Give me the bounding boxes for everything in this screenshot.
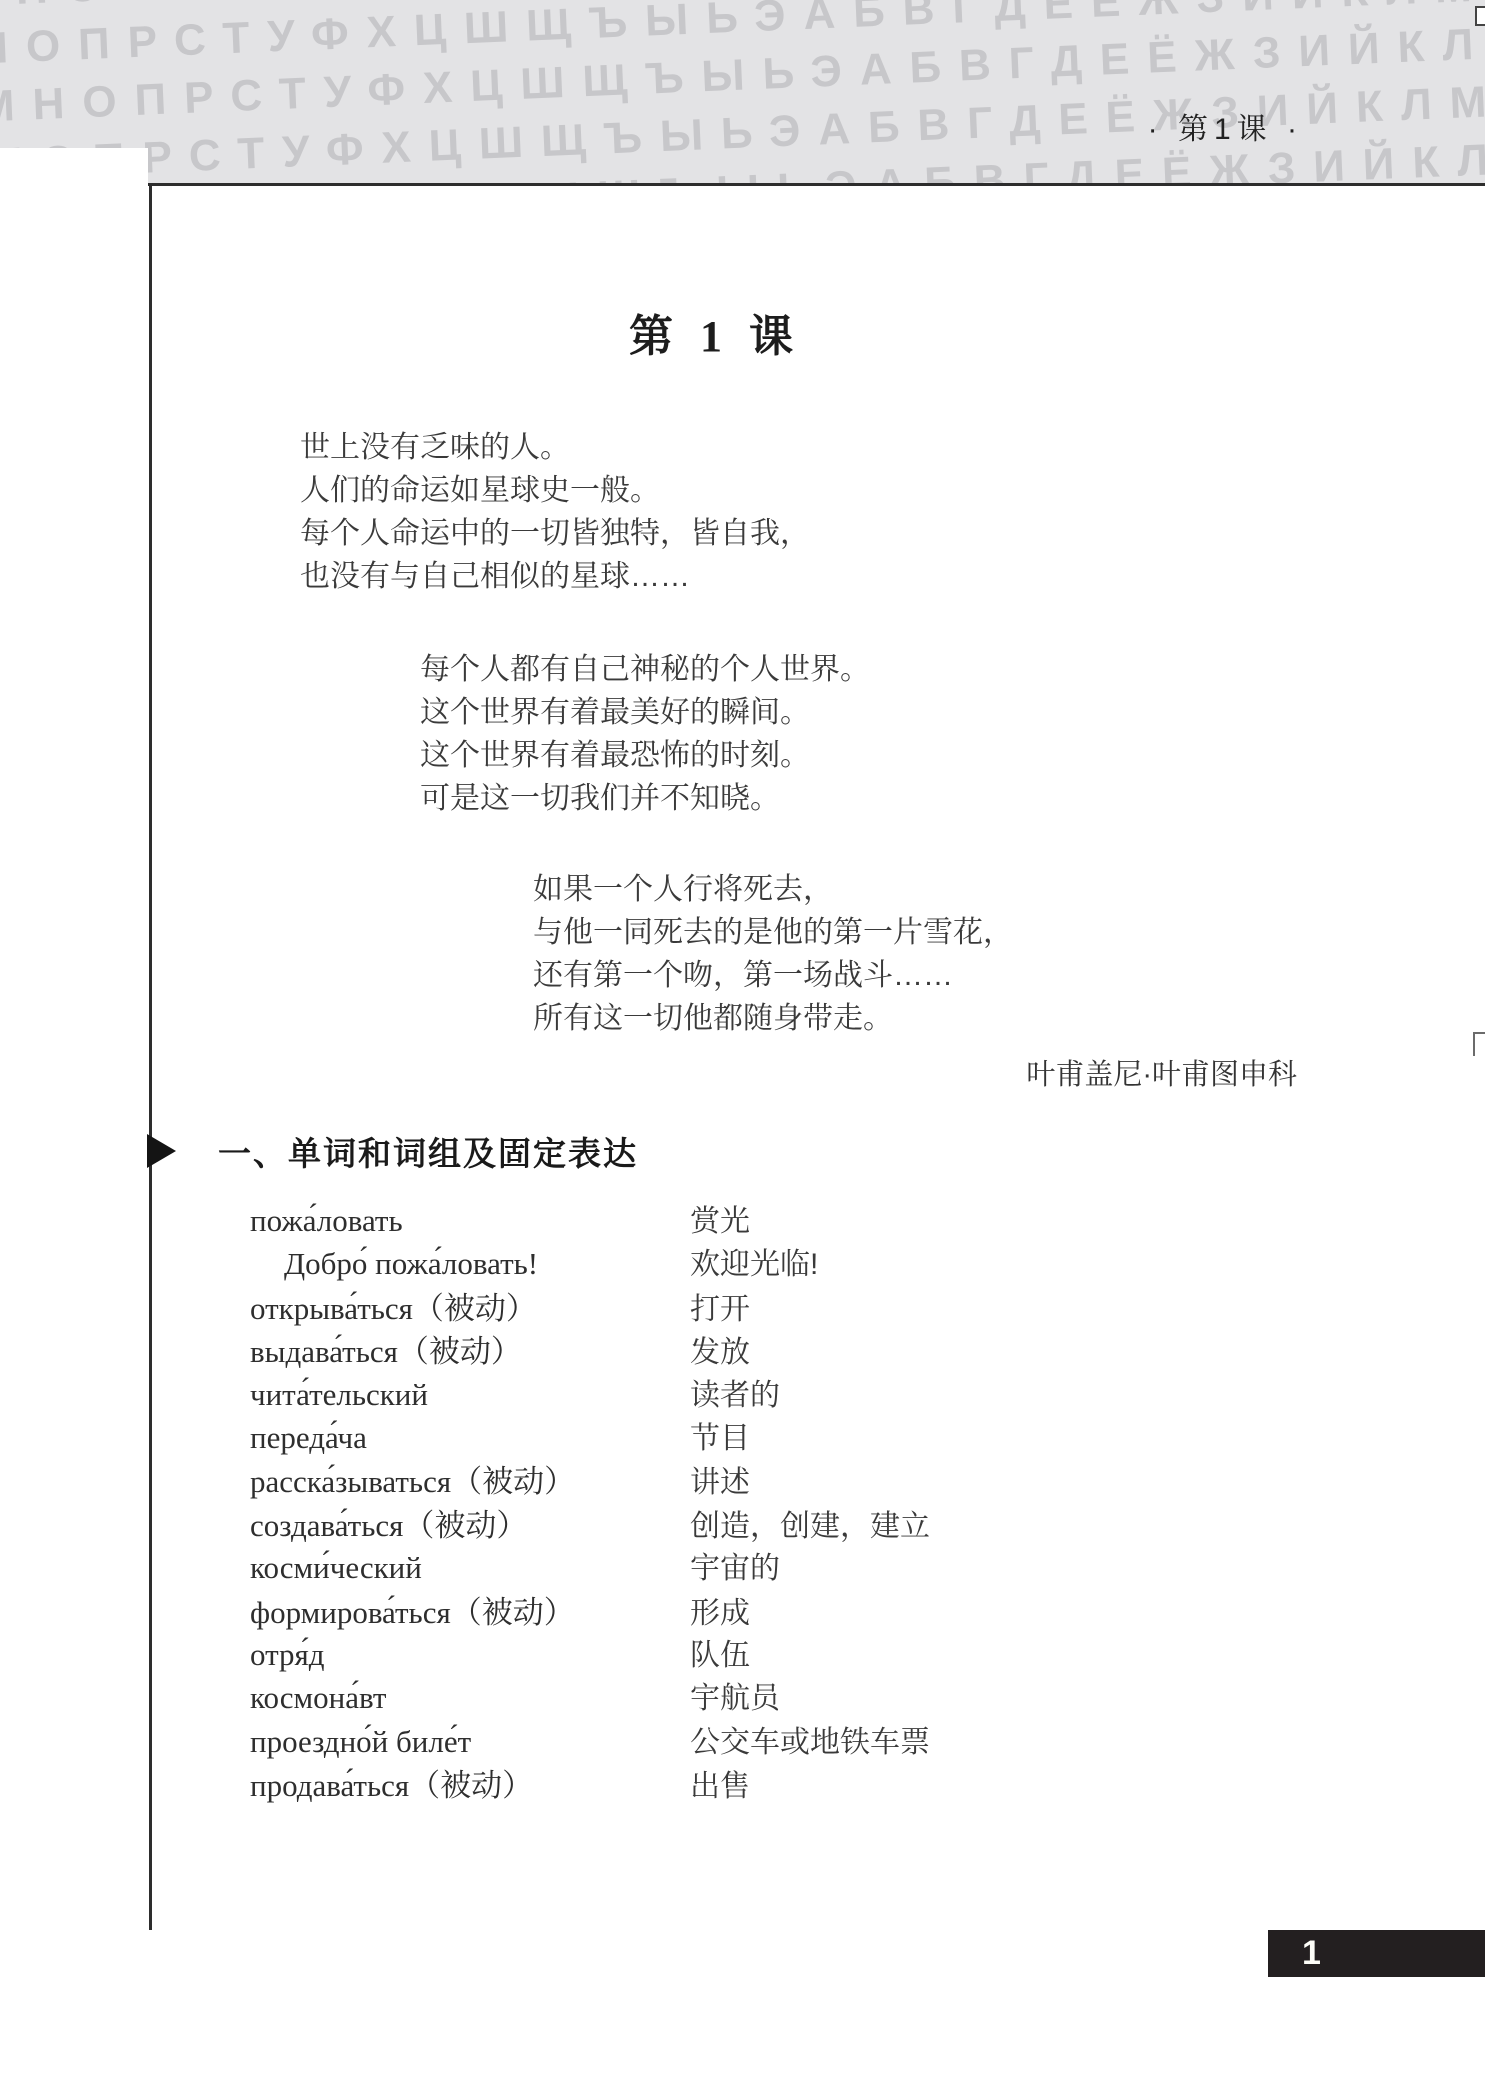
poem-stanza-1: 世上没有乏味的人。 人们的命运如星球史一般。 每个人命运中的一切皆独特，皆自我，… bbox=[300, 426, 810, 598]
poem-line: 这个世界有着最美好的瞬间。 bbox=[420, 691, 870, 734]
vocab-row: проездно́й биле́т 公交车或地铁车票 bbox=[250, 1717, 1350, 1760]
vocab-row: чита́тельский 读者的 bbox=[250, 1370, 1350, 1413]
vocab-chinese: 队伍 bbox=[690, 1630, 750, 1674]
section-title: 一、单词和词组及固定表达 bbox=[218, 1128, 638, 1175]
vocab-chinese: 赏光 bbox=[690, 1196, 750, 1240]
vocab-russian: проездно́й биле́т bbox=[250, 1724, 690, 1760]
vocab-russian: пожа́ловать bbox=[250, 1203, 690, 1239]
running-head-lesson-label: · 第1课 · bbox=[1148, 104, 1303, 148]
poem-line: 这个世界有着最恐怖的时刻。 bbox=[420, 734, 870, 777]
vocab-russian: открыва́ться（被动） bbox=[250, 1283, 690, 1328]
vocab-russian: чита́тельский bbox=[250, 1377, 690, 1413]
vocab-row: открыва́ться（被动） 打开 bbox=[250, 1283, 1350, 1326]
vocab-chinese: 公交车或地铁车票 bbox=[690, 1717, 930, 1761]
poem-line: 可是这一切我们并不知晓。 bbox=[420, 777, 870, 820]
vocab-russian: космона́вт bbox=[250, 1680, 690, 1716]
poem-line: 所有这一切他都随身带走。 bbox=[533, 997, 1013, 1040]
vocab-chinese: 欢迎光临! bbox=[690, 1239, 818, 1283]
vocab-chinese: 发放 bbox=[690, 1327, 750, 1371]
poem-author: 叶甫盖尼·叶甫图申科 bbox=[1026, 1052, 1297, 1093]
vocab-russian: продава́ться（被动） bbox=[250, 1760, 690, 1805]
poem-stanza-2: 每个人都有自己神秘的个人世界。 这个世界有着最美好的瞬间。 这个世界有着最恐怖的… bbox=[420, 648, 870, 820]
poem-line: 人们的命运如星球史一般。 bbox=[300, 469, 810, 512]
scan-edge-artifact bbox=[1473, 1032, 1485, 1056]
alphabet-header-band: МНОПРСТУФХЦШЩЪЫЬЭАБВГДЕЁЖЗИЙКЛМНОПРСТУФХ… bbox=[0, 0, 1485, 186]
vocab-russian: отря́д bbox=[250, 1637, 690, 1673]
vocab-chinese: 创造，创建，建立 bbox=[690, 1501, 930, 1545]
vocab-russian: расска́зываться（被动） bbox=[250, 1456, 690, 1501]
vocab-row: отря́д 队伍 bbox=[250, 1630, 1350, 1673]
poem-line: 世上没有乏味的人。 bbox=[300, 426, 810, 469]
vocab-chinese: 宇宙的 bbox=[690, 1543, 780, 1587]
vocab-chinese: 讲述 bbox=[690, 1457, 750, 1501]
left-margin-rule bbox=[149, 186, 152, 1930]
vocab-chinese: 形成 bbox=[690, 1588, 750, 1632]
vocab-russian: Добро́ пожа́ловать! bbox=[250, 1246, 690, 1282]
vocab-row: косми́ческий 宇宙的 bbox=[250, 1543, 1350, 1586]
vocab-chinese: 节目 bbox=[690, 1413, 750, 1457]
section-marker-triangle-icon bbox=[147, 1134, 176, 1168]
page-edge-notch bbox=[0, 148, 148, 186]
vocab-row: космона́вт 宇航员 bbox=[250, 1673, 1350, 1716]
poem-line: 每个人命运中的一切皆独特，皆自我， bbox=[300, 512, 810, 555]
vocabulary-list: пожа́ловать 赏光 Добро́ пожа́ловать! 欢迎光临!… bbox=[250, 1196, 1350, 1803]
vocab-russian: косми́ческий bbox=[250, 1550, 690, 1586]
poem-stanza-3: 如果一个人行将死去， 与他一同死去的是他的第一片雪花， 还有第一个吻，第一场战斗… bbox=[533, 868, 1013, 1040]
vocab-russian: формирова́ться（被动） bbox=[250, 1587, 690, 1632]
poem-line: 也没有与自己相似的星球…… bbox=[300, 555, 810, 598]
vocab-row: переда́ча 节目 bbox=[250, 1413, 1350, 1456]
vocab-russian: переда́ча bbox=[250, 1420, 690, 1456]
vocab-chinese: 读者的 bbox=[690, 1370, 780, 1414]
vocab-row: выдава́ться（被动） 发放 bbox=[250, 1326, 1350, 1369]
poem-line: 每个人都有自己神秘的个人世界。 bbox=[420, 648, 870, 691]
vocab-row: Добро́ пожа́ловать! 欢迎光临! bbox=[250, 1239, 1350, 1282]
poem-line: 如果一个人行将死去， bbox=[533, 868, 1013, 911]
page-number: 1 bbox=[1302, 1934, 1321, 1973]
vocab-russian: выдава́ться（被动） bbox=[250, 1326, 690, 1371]
vocab-chinese: 打开 bbox=[690, 1284, 750, 1328]
page-title: 第 1 课 bbox=[0, 300, 1430, 364]
vocab-russian: создава́ться（被动） bbox=[250, 1500, 690, 1545]
vocab-chinese: 宇航员 bbox=[690, 1673, 780, 1717]
vocab-row: формирова́ться（被动） 形成 bbox=[250, 1587, 1350, 1630]
alphabet-pattern: МНОПРСТУФХЦШЩЪЫЬЭАБВГДЕЁЖЗИЙКЛМНОПРСТУФХ… bbox=[0, 0, 1485, 186]
vocab-row: пожа́ловать 赏光 bbox=[250, 1196, 1350, 1239]
vocab-chinese: 出售 bbox=[690, 1761, 750, 1805]
vocab-row: расска́зываться（被动） 讲述 bbox=[250, 1456, 1350, 1499]
page-number-box: 1 bbox=[1268, 1930, 1485, 1977]
textbook-page: МНОПРСТУФХЦШЩЪЫЬЭАБВГДЕЁЖЗИЙКЛМНОПРСТУФХ… bbox=[0, 0, 1485, 2084]
vocab-row: создава́ться（被动） 创造，创建，建立 bbox=[250, 1500, 1350, 1543]
vocab-row: продава́ться（被动） 出售 bbox=[250, 1760, 1350, 1803]
scan-corner-artifact bbox=[1475, 6, 1485, 26]
header-rule bbox=[148, 183, 1485, 186]
poem-line: 还有第一个吻，第一场战斗…… bbox=[533, 954, 1013, 997]
poem-line: 与他一同死去的是他的第一片雪花， bbox=[533, 911, 1013, 954]
